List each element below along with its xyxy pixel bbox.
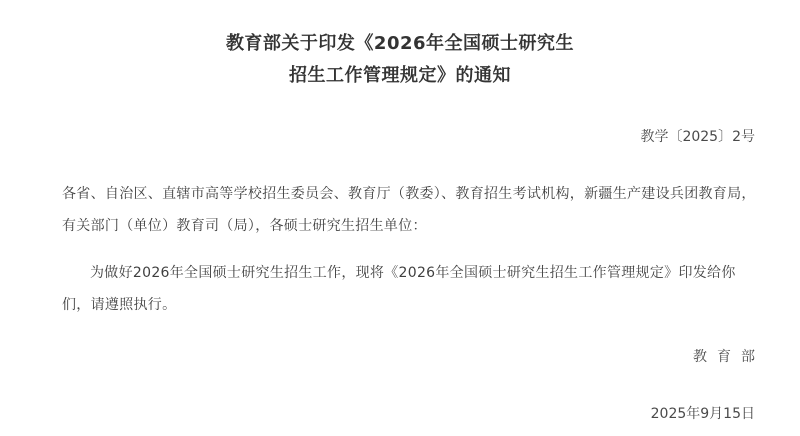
issue-date: 2025年9月15日 — [651, 403, 755, 423]
document-title-line-2: 招生工作管理规定》的通知 — [0, 61, 800, 87]
notice-document: 教育部关于印发《2026年全国硕士研究生 招生工作管理规定》的通知 教学〔202… — [0, 0, 800, 436]
issuer-signature: 教育部 — [693, 346, 765, 366]
document-title-line-1: 教育部关于印发《2026年全国硕士研究生 — [0, 29, 800, 55]
document-number: 教学〔2025〕2号 — [640, 126, 755, 146]
body-paragraph: 为做好2026年全国硕士研究生招生工作，现将《2026年全国硕士研究生招生工作管… — [62, 257, 762, 321]
salutation-recipients: 各省、自治区、直辖市高等学校招生委员会、教育厅（教委）、教育招生考试机构，新疆生… — [62, 178, 762, 242]
